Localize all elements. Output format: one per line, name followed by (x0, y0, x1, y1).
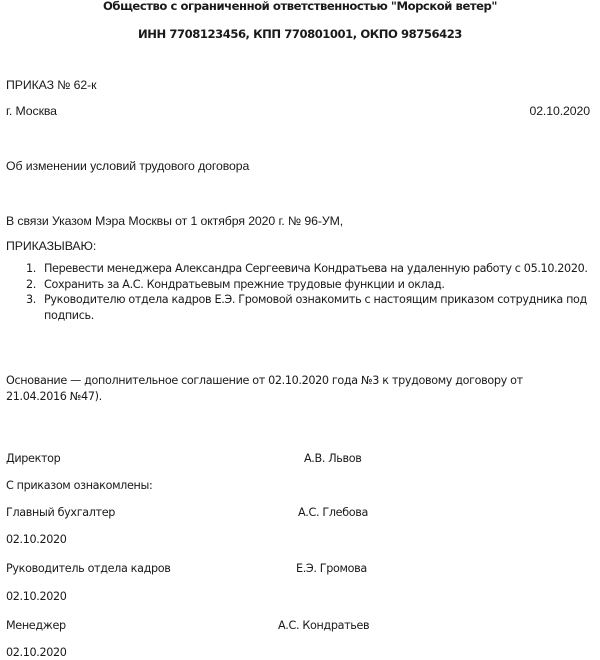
organization-name: Общество с ограниченной ответственностью… (0, 0, 600, 14)
order-item-text: Перевести менеджера Александра Сергеевич… (44, 262, 588, 275)
order-preamble: В связи Указом Мэра Москвы от 1 октября … (6, 213, 343, 229)
director-name: А.В. Львов (304, 451, 362, 467)
order-directive: ПРИКАЗЫВАЮ: (6, 238, 96, 254)
director-position: Директор (6, 451, 60, 467)
organization-identifiers: ИНН 7708123456, КПП 770801001, ОКПО 9875… (0, 26, 600, 42)
order-item-number: 2. (26, 277, 36, 293)
ack-name-manager: А.С. Кондратьев (278, 618, 369, 634)
order-item: 2. Сохранить за А.С. Кондратьевым прежни… (0, 277, 600, 293)
ack-date-hr-head: 02.10.2020 (6, 589, 67, 605)
order-date: 02.10.2020 (529, 103, 590, 119)
order-city: г. Москва (6, 103, 57, 119)
order-item: 3. Руководителю отдела кадров Е.Э. Громо… (0, 292, 600, 323)
ack-date-manager: 02.10.2020 (6, 645, 67, 660)
order-item-number: 1. (26, 261, 36, 277)
order-item-text: Руководителю отдела кадров Е.Э. Громовой… (44, 293, 587, 322)
order-number: ПРИКАЗ № 62-к (6, 77, 96, 93)
order-item: 1. Перевести менеджера Александра Сергее… (0, 261, 600, 277)
order-subject: Об изменении условий трудового договора (6, 158, 249, 174)
ack-position-chief-accountant: Главный бухгалтер (6, 505, 115, 521)
ack-name-hr-head: Е.Э. Громова (296, 561, 367, 577)
ack-date-chief-accountant: 02.10.2020 (6, 532, 67, 548)
order-items-list: 1. Перевести менеджера Александра Сергее… (0, 261, 600, 323)
ack-name-chief-accountant: А.С. Глебова (298, 505, 368, 521)
order-basis: Основание — дополнительное соглашение от… (6, 373, 566, 405)
acknowledged-label: С приказом ознакомлены: (6, 478, 152, 494)
order-item-number: 3. (26, 292, 36, 308)
ack-position-manager: Менеджер (6, 618, 66, 634)
order-item-text: Сохранить за А.С. Кондратьевым прежние т… (44, 278, 445, 291)
ack-position-hr-head: Руководитель отдела кадров (6, 561, 170, 577)
